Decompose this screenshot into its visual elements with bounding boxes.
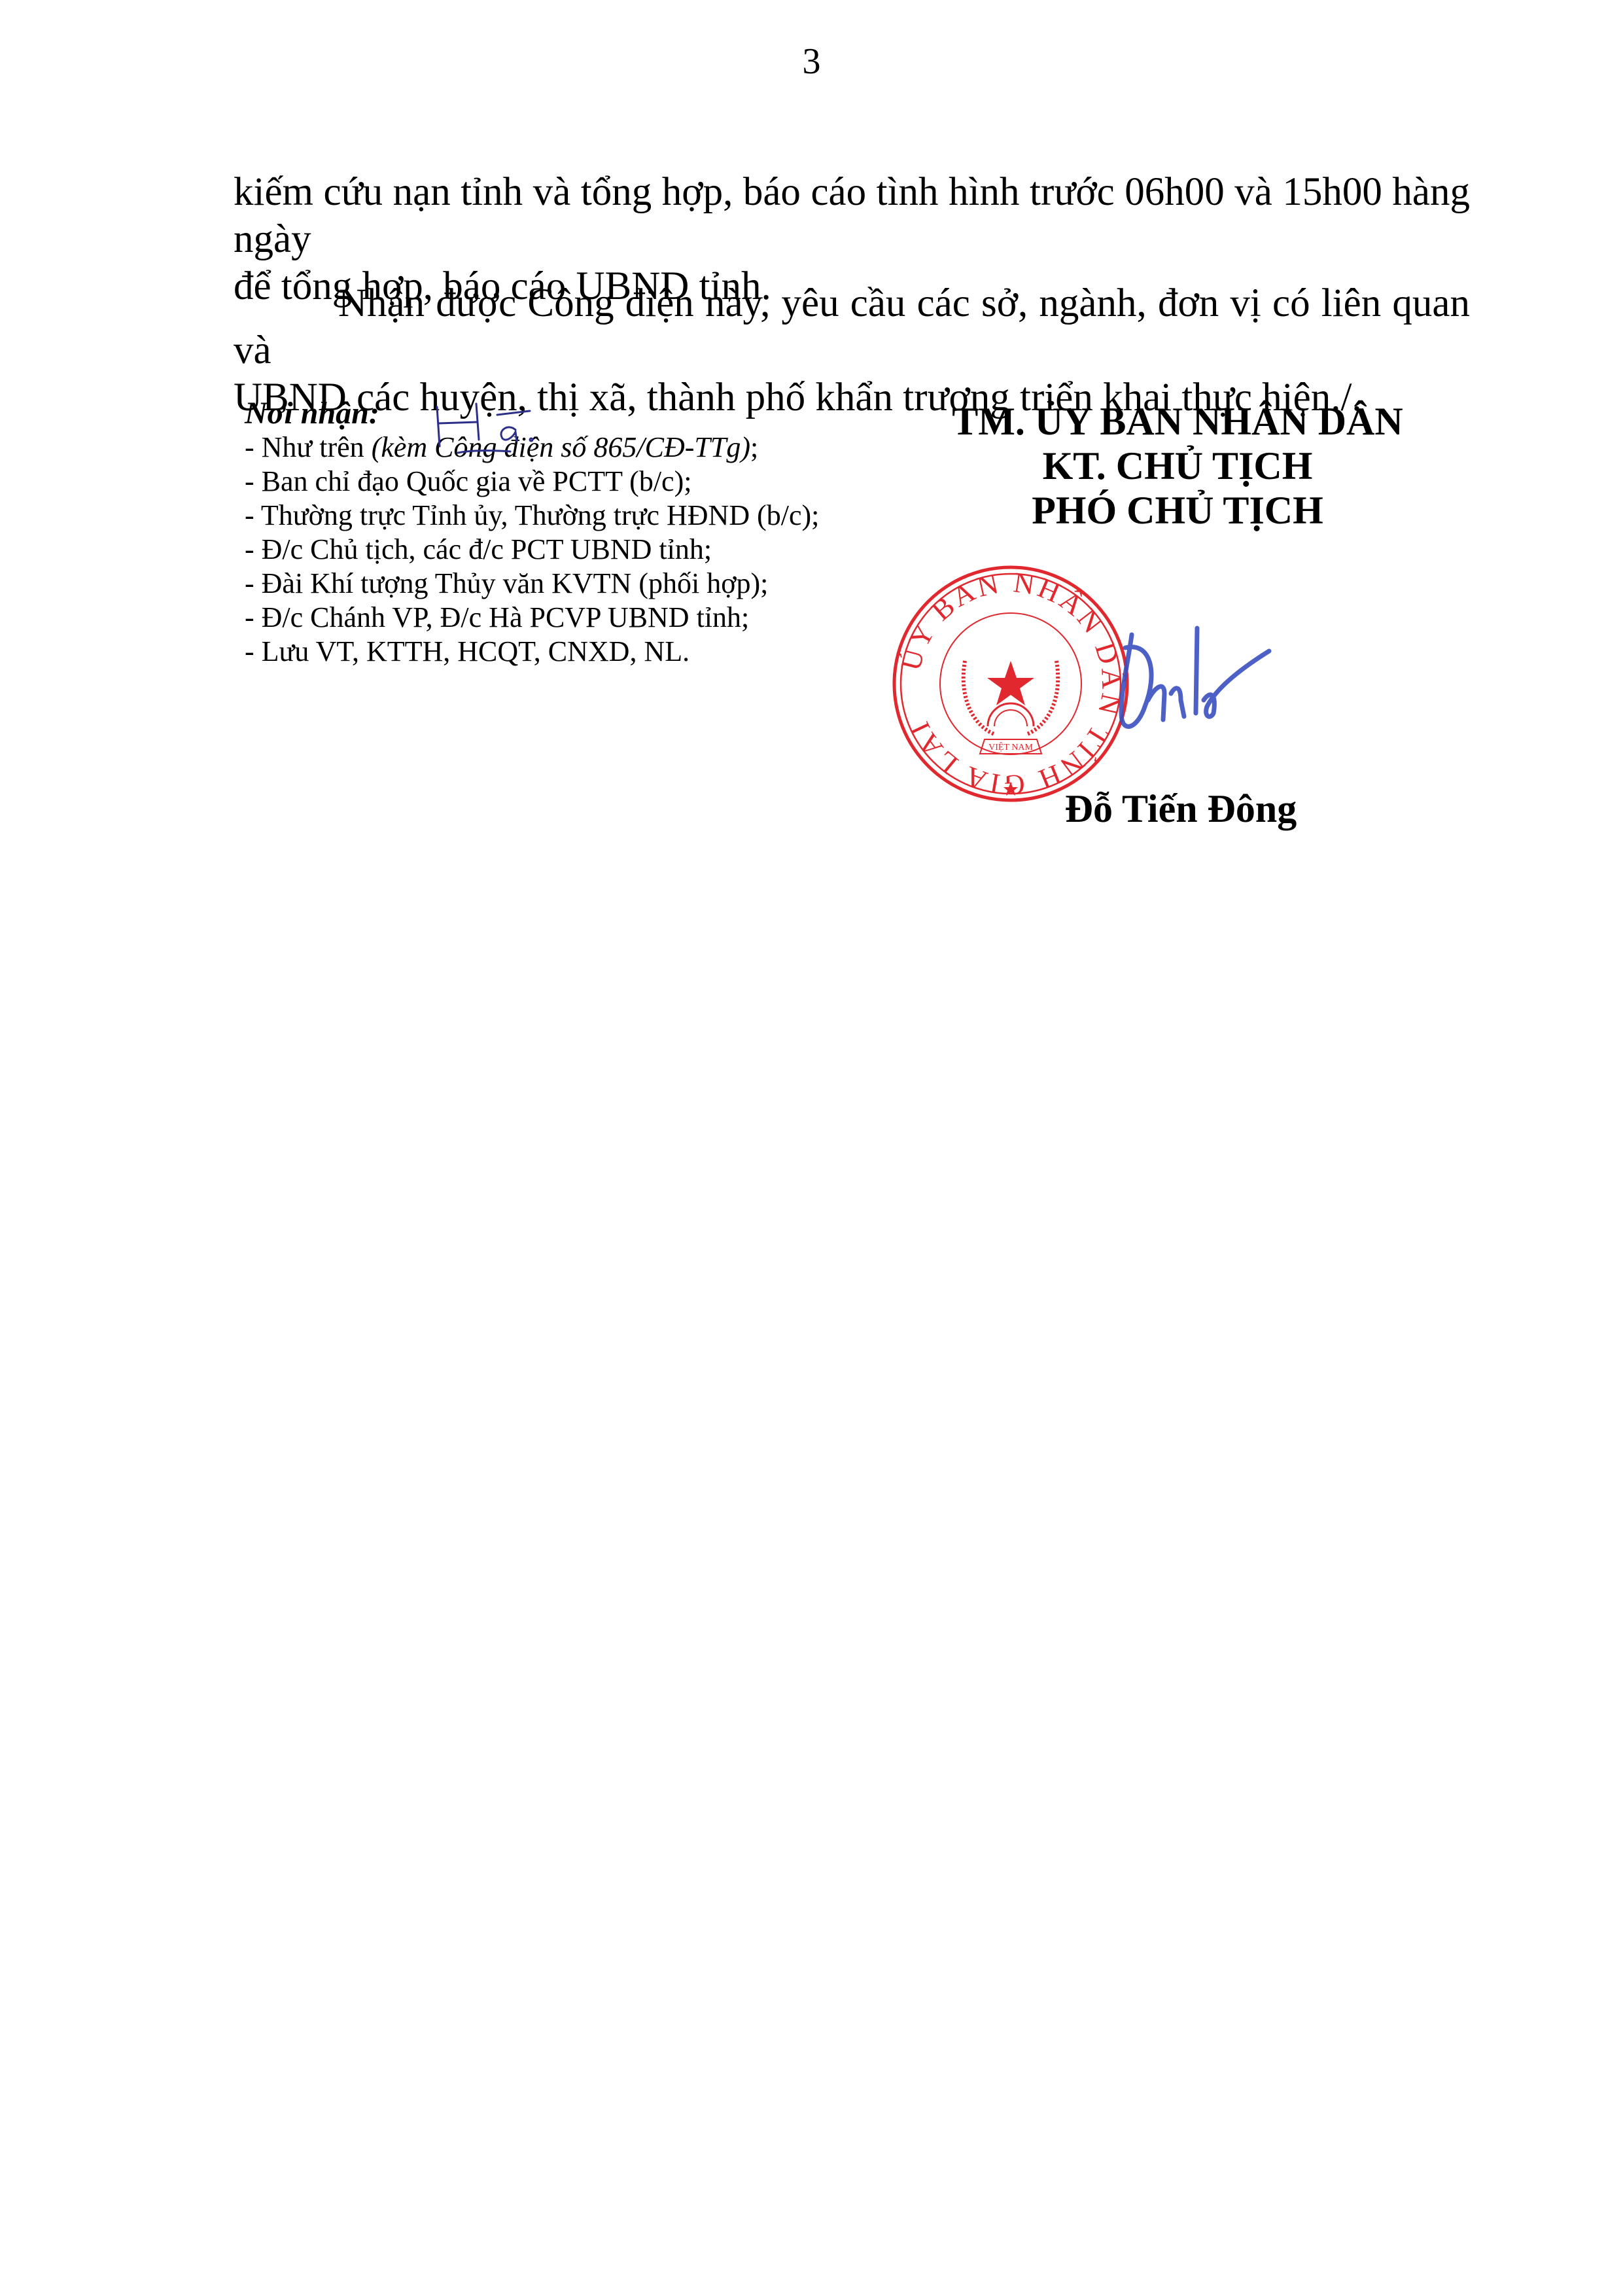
stamp-emblem-text: VIỆT NAM: [988, 741, 1033, 752]
recipient-item: - Thường trực Tỉnh ủy, Thường trực HĐND …: [245, 499, 819, 533]
signer-line: KT. CHỦ TỊCH: [916, 444, 1439, 488]
signature-icon: [1112, 622, 1282, 746]
recipient-item: - Lưu VT, KTTH, HCQT, CNXD, NL.: [245, 635, 819, 669]
recipient-item: - Đ/c Chủ tịch, các đ/c PCT UBND tỉnh;: [245, 533, 819, 567]
page-number: 3: [0, 41, 1623, 82]
handwritten-note-icon: [432, 400, 563, 466]
recipient-item: - Đ/c Chánh VP, Đ/c Hà PCVP UBND tỉnh;: [245, 601, 819, 635]
signer-line: PHÓ CHỦ TỊCH: [916, 488, 1439, 533]
signer-name: Đỗ Tiến Đông: [916, 786, 1446, 832]
recipient-item: - Đài Khí tượng Thủy văn KVTN (phối hợp)…: [245, 567, 819, 601]
recipient-text: - Như trên: [245, 431, 372, 463]
signer-line: TM. ỦY BAN NHÂN DÂN: [916, 399, 1439, 444]
body-line: Nhận được Công điện này, yêu cầu các sở,…: [234, 280, 1470, 374]
official-seal-icon: ỦY BAN NHÂN DÂN TỈNH GIA LAI VIỆT NAM: [890, 563, 1132, 805]
signer-title-block: TM. ỦY BAN NHÂN DÂN KT. CHỦ TỊCH PHÓ CHỦ…: [916, 399, 1439, 533]
body-line: kiếm cứu nạn tỉnh và tổng hợp, báo cáo t…: [234, 169, 1470, 263]
recipient-item: - Ban chỉ đạo Quốc gia về PCTT (b/c);: [245, 465, 819, 499]
recipient-suffix: ;: [750, 431, 758, 463]
